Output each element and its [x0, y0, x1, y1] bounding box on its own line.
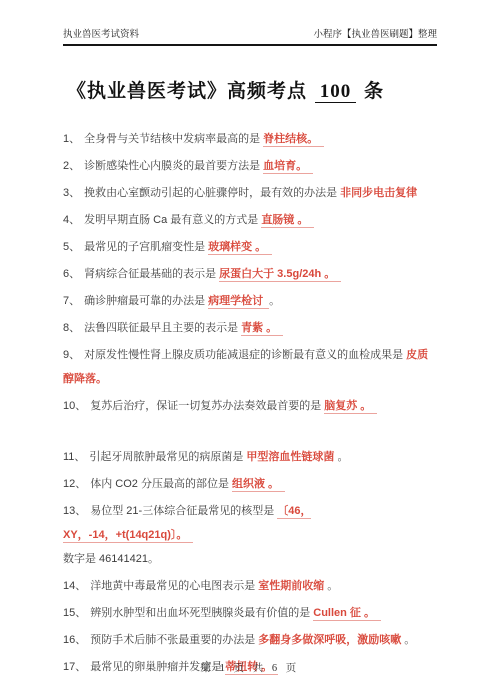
question-item: 7、确诊肿瘤最可靠的办法是病理学检讨。 [63, 289, 437, 313]
answer-text: 甲型溶血性链球菌 [246, 451, 334, 463]
question-text: 对原发性慢性肾上腺皮质功能减退症的诊断最有意义的血检成果是 [84, 349, 403, 361]
question-text: 确诊肿瘤最可靠的办法是 [84, 295, 205, 307]
item-number: 7、 [63, 295, 80, 307]
question-item: 11、引起牙周脓肿最常见的病原菌是甲型溶血性链球菌 。 [63, 445, 437, 469]
item-number: 15、 [63, 607, 86, 619]
question-item: 1、全身骨与关节结核中发病率最高的是脊柱结核。 [63, 127, 437, 151]
item-number: 5、 [63, 241, 80, 253]
header-left-text: 执业兽医考试资料 [63, 26, 139, 40]
title-prefix: 《执业兽医考试》高频考点 [67, 81, 307, 102]
question-item: 9、对原发性慢性肾上腺皮质功能减退症的诊断最有意义的血检成果是皮质醇降落。 [63, 343, 437, 391]
question-text: 辨别水肿型和出血坏死型胰腺炎最有价值的是 [90, 607, 310, 619]
answer-text: 血培育。 [263, 160, 313, 174]
item-number: 6、 [63, 268, 80, 280]
item-number: 4、 [63, 214, 80, 226]
answer-tail: 。 [324, 580, 338, 592]
item-number: 14、 [63, 580, 86, 592]
page-number-text: 第 1 页 共 6 页 [201, 663, 300, 674]
question-item: 4、发明早期直肠 Ca 最有意义的方式是直肠镜 。 [63, 208, 437, 232]
question-item: 8、法鲁四联征最早且主要的表示是青紫 。 [63, 316, 437, 340]
question-text: 发明早期直肠 Ca 最有意义的方式是 [84, 214, 258, 226]
question-text: 洋地黄中毒最常见的心电图表示是 [90, 580, 255, 592]
page-header: 执业兽医考试资料 小程序【执业兽医刷题】整理 [63, 26, 437, 46]
question-item: 2、诊断感染性心内膜炎的最首要方法是血培育。 [63, 154, 437, 178]
item-number: 16、 [63, 634, 86, 646]
question-item: 10、复苏后治疗，保证一切复苏办法奏效最首要的是脑复苏 。 [63, 394, 437, 418]
question-list: 1、全身骨与关节结核中发病率最高的是脊柱结核。2、诊断感染性心内膜炎的最首要方法… [63, 127, 437, 679]
question-item: 13、易位型 21-三体综合征最常见的核型是〔46，XY，-14，+t(14q2… [63, 499, 437, 571]
question-item: 14、洋地黄中毒最常见的心电图表示是室性期前收缩 。 [63, 574, 437, 598]
continuation-text: 数字是 46141421。 [63, 553, 159, 565]
answer-text: 非同步电击复律 [340, 187, 417, 199]
answer-tail: 。 [401, 634, 415, 646]
item-number: 8、 [63, 322, 80, 334]
question-text: 诊断感染性心内膜炎的最首要方法是 [84, 160, 260, 172]
answer-text: 多翻身多做深呼吸，激励咳嗽 [258, 634, 401, 646]
page-footer: 第 1 页 共 6 页 [0, 660, 500, 675]
item-number: 12、 [63, 478, 86, 490]
item-number: 13、 [63, 505, 86, 517]
question-item: 12、体内 CO2 分压最高的部位是组织液 。 [63, 472, 437, 496]
question-text: 易位型 21-三体综合征最常见的核型是 [90, 505, 274, 517]
answer-text: 病理学检讨 [208, 295, 269, 309]
answer-text: 室性期前收缩 [258, 580, 324, 592]
item-number: 1、 [63, 133, 80, 145]
question-text: 引起牙周脓肿最常见的病原菌是 [89, 451, 243, 463]
document-page: 执业兽医考试资料 小程序【执业兽医刷题】整理 《执业兽医考试》高频考点 100 … [0, 0, 500, 693]
item-number: 10、 [63, 400, 86, 412]
document-title: 《执业兽医考试》高频考点 100 条 [67, 76, 437, 103]
question-item: 5、最常见的子宫肌瘤变性是玻璃样变 。 [63, 235, 437, 259]
item-number: 3、 [63, 187, 80, 199]
answer-text: 脊柱结核。 [263, 133, 324, 147]
question-text: 全身骨与关节结核中发病率最高的是 [84, 133, 260, 145]
answer-text: 直肠镜 。 [261, 214, 314, 228]
item-number: 9、 [63, 349, 80, 361]
title-number: 100 [315, 81, 357, 103]
question-text: 最常见的子宫肌瘤变性是 [84, 241, 205, 253]
answer-text: 青紫 。 [241, 322, 283, 336]
question-text: 预防手术后肺不张最重要的办法是 [90, 634, 255, 646]
question-item: 16、预防手术后肺不张最重要的办法是多翻身多做深呼吸，激励咳嗽 。 [63, 628, 437, 652]
item-number: 11、 [63, 451, 85, 463]
answer-text: Cullen 征 。 [313, 607, 381, 621]
question-text: 挽救由心室颤动引起的心脏骤停时，最有效的办法是 [84, 187, 337, 199]
item-number: 2、 [63, 160, 80, 172]
question-item: 15、辨别水肿型和出血坏死型胰腺炎最有价值的是Cullen 征 。 [63, 601, 437, 625]
question-text: 肾病综合征最基础的表示是 [84, 268, 216, 280]
title-suffix: 条 [364, 81, 384, 102]
header-right-text: 小程序【执业兽医刷题】整理 [313, 26, 437, 40]
answer-tail: 。 [269, 295, 280, 307]
question-text: 体内 CO2 分压最高的部位是 [90, 478, 229, 490]
question-item: 6、肾病综合征最基础的表示是尿蛋白大于 3.5g/24h 。 [63, 262, 437, 286]
question-text: 法鲁四联征最早且主要的表示是 [84, 322, 238, 334]
answer-text: 组织液 。 [232, 478, 285, 492]
question-item: 3、挽救由心室颤动引起的心脏骤停时，最有效的办法是非同步电击复律 [63, 181, 437, 205]
question-text: 复苏后治疗，保证一切复苏办法奏效最首要的是 [90, 400, 321, 412]
answer-text: 脑复苏 。 [324, 400, 377, 414]
answer-tail: 。 [334, 451, 348, 463]
answer-text: 尿蛋白大于 3.5g/24h 。 [219, 268, 341, 282]
answer-text: 玻璃样变 。 [208, 241, 272, 255]
